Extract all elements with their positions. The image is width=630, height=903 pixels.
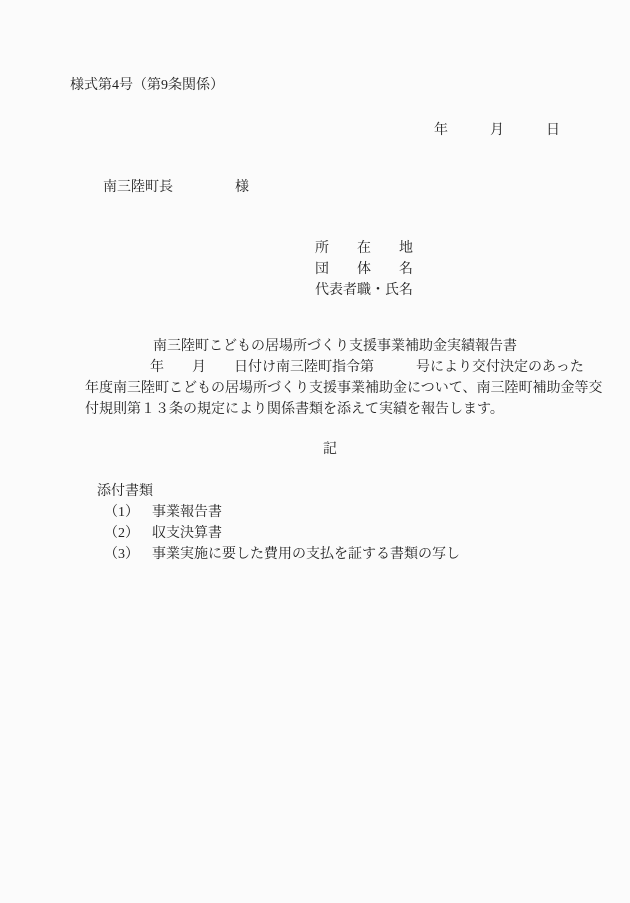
applicant-field-location: 所 在 地 (315, 238, 413, 259)
section-marker-ki: 記 (323, 440, 337, 460)
document-title: 南三陸町こどもの居場所づくり支援事業補助金実績報告書 (153, 337, 517, 357)
date-line: 年 月 日 (434, 121, 560, 141)
applicant-block: 所 在 地 団 体 名 代表者職・氏名 (315, 238, 413, 301)
attachment-number: （1） (104, 503, 139, 523)
attachment-number: （3） (104, 545, 139, 565)
applicant-field-representative: 代表者職・氏名 (315, 280, 413, 301)
attachment-item: （3） 事業実施に要した費用の支払を証する書類の写し (0, 545, 630, 565)
attachment-item: （2） 収支決算書 (0, 524, 630, 544)
form-number: 様式第4号（第9条関係） (70, 76, 224, 96)
attachment-number: （2） (104, 524, 139, 544)
applicant-field-organization: 団 体 名 (315, 259, 413, 280)
attachment-label: 事業実施に要した費用の支払を証する書類の写し (152, 545, 460, 565)
addressee-honorific: 様 (235, 178, 249, 198)
body-line-2: 年度南三陸町こどもの居場所づくり支援事業補助金について、南三陸町補助金等交 (85, 379, 602, 399)
attachment-label: 事業報告書 (152, 503, 222, 523)
body-line-3: 付規則第１３条の規定により関係書類を添えて実績を報告します。 (85, 400, 504, 420)
attachment-label: 収支決算書 (152, 524, 222, 544)
body-line-1: 年 月 日付け南三陸町指令第 号により交付決定のあった (150, 358, 584, 378)
attachments-heading: 添付書類 (97, 482, 153, 502)
addressee-name: 南三陸町長 (103, 178, 173, 198)
attachment-item: （1） 事業報告書 (0, 503, 630, 523)
document-page: 様式第4号（第9条関係） 年 月 日 南三陸町長 様 所 在 地 団 体 名 代… (0, 0, 630, 903)
